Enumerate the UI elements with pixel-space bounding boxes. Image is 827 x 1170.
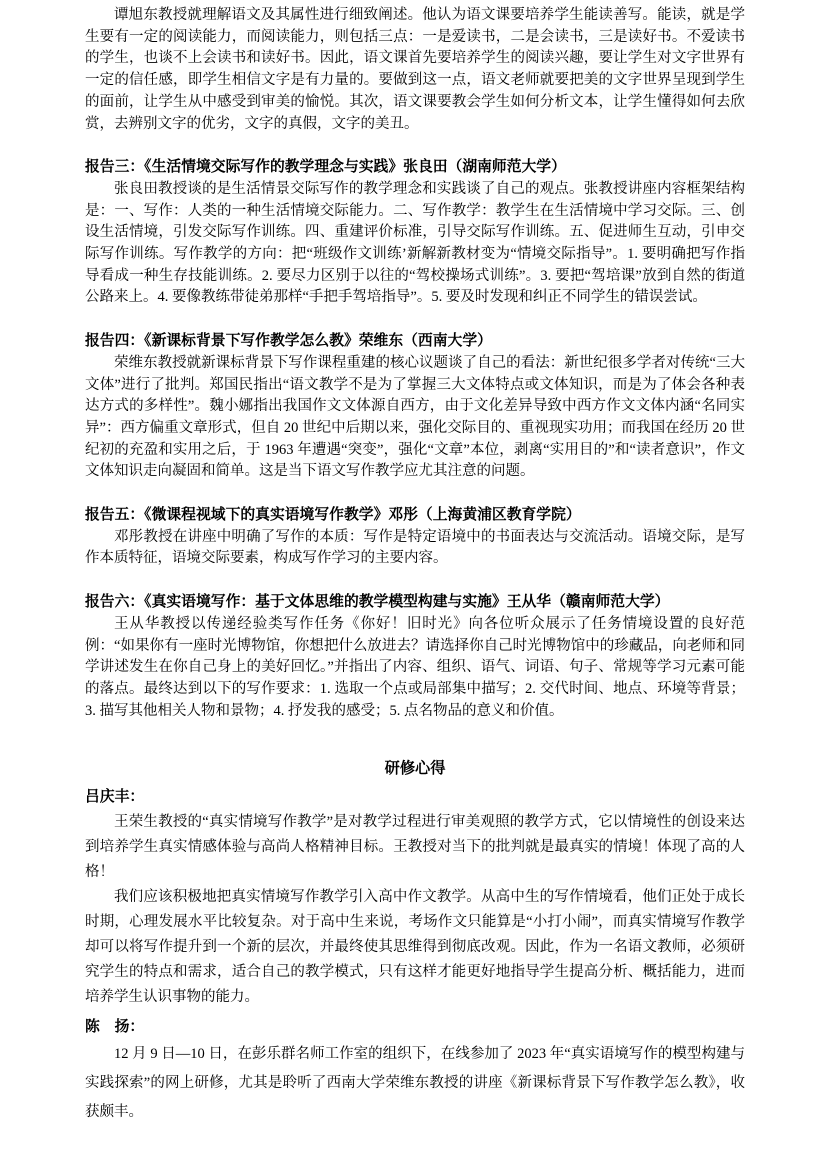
report-5-heading: 报告五：《微课程视域下的真实语境写作教学》邓彤（上海黄浦区教育学院） <box>85 505 745 527</box>
report-section-3: 报告三：《生活情境交际写作的教学理念与实践》张良田（湖南师范大学） 张良田教授谈… <box>85 157 745 309</box>
intro-paragraph: 谭旭东教授就理解语文及其属性进行细致阐述。他认为语文课要培养学生能读善写。能读，… <box>85 5 745 135</box>
report-6-heading: 报告六：《真实语境写作：基于文体思维的教学模型构建与实施》王从华（赣南师范大学） <box>85 592 745 614</box>
note-author-name: 吕庆丰： <box>85 784 745 810</box>
report-6-body: 王从华教授以传递经验类写作任务《你好！旧时光》向各位听众展示了任务情境设置的良好… <box>85 614 745 723</box>
report-5-body: 邓彤教授在讲座中明确了写作的本质：写作是特定语境中的书面表达与交流活动。语境交际… <box>85 527 745 570</box>
report-section-6: 报告六：《真实语境写作：基于文体思维的教学模型构建与实施》王从华（赣南师范大学）… <box>85 592 745 722</box>
note-entry-lvqingfeng: 吕庆丰： 王荣生教授的“真实情境写作教学”是对教学过程进行审美观照的教学方式，它… <box>85 784 745 1010</box>
note-entry-chenyang: 陈 扬： 12 月 9 日—10 日，在彭乐群名师工作室的组织下，在线参加了 2… <box>85 1014 745 1127</box>
note-author-name: 陈 扬： <box>85 1014 745 1040</box>
report-section-5: 报告五：《微课程视域下的真实语境写作教学》邓彤（上海黄浦区教育学院） 邓彤教授在… <box>85 505 745 570</box>
notes-section-title: 研修心得 <box>85 758 745 780</box>
note-paragraph: 王荣生教授的“真实情境写作教学”是对教学过程进行审美观照的教学方式，它以情境性的… <box>85 810 745 885</box>
report-section-4: 报告四：《新课标背景下写作教学怎么教》荣维东（西南大学） 荣维东教授就新课标背景… <box>85 331 745 483</box>
document-page: 谭旭东教授就理解语文及其属性进行细致阐述。他认为语文课要培养学生能读善写。能读，… <box>0 0 827 1170</box>
report-3-heading: 报告三：《生活情境交际写作的教学理念与实践》张良田（湖南师范大学） <box>85 157 745 179</box>
report-4-body: 荣维东教授就新课标背景下写作课程重建的核心议题谈了自己的看法：新世纪很多学者对传… <box>85 353 745 483</box>
note-paragraph: 我们应该积极地把真实情境写作教学引入高中作文教学。从高中生的写作情境看，他们正处… <box>85 885 745 1010</box>
note-paragraph: 12 月 9 日—10 日，在彭乐群名师工作室的组织下，在线参加了 2023 年… <box>85 1040 745 1127</box>
report-3-body: 张良田教授谈的是生活情景交际写作的教学理念和实践谈了自己的观点。张教授讲座内容框… <box>85 179 745 309</box>
report-4-heading: 报告四：《新课标背景下写作教学怎么教》荣维东（西南大学） <box>85 331 745 353</box>
